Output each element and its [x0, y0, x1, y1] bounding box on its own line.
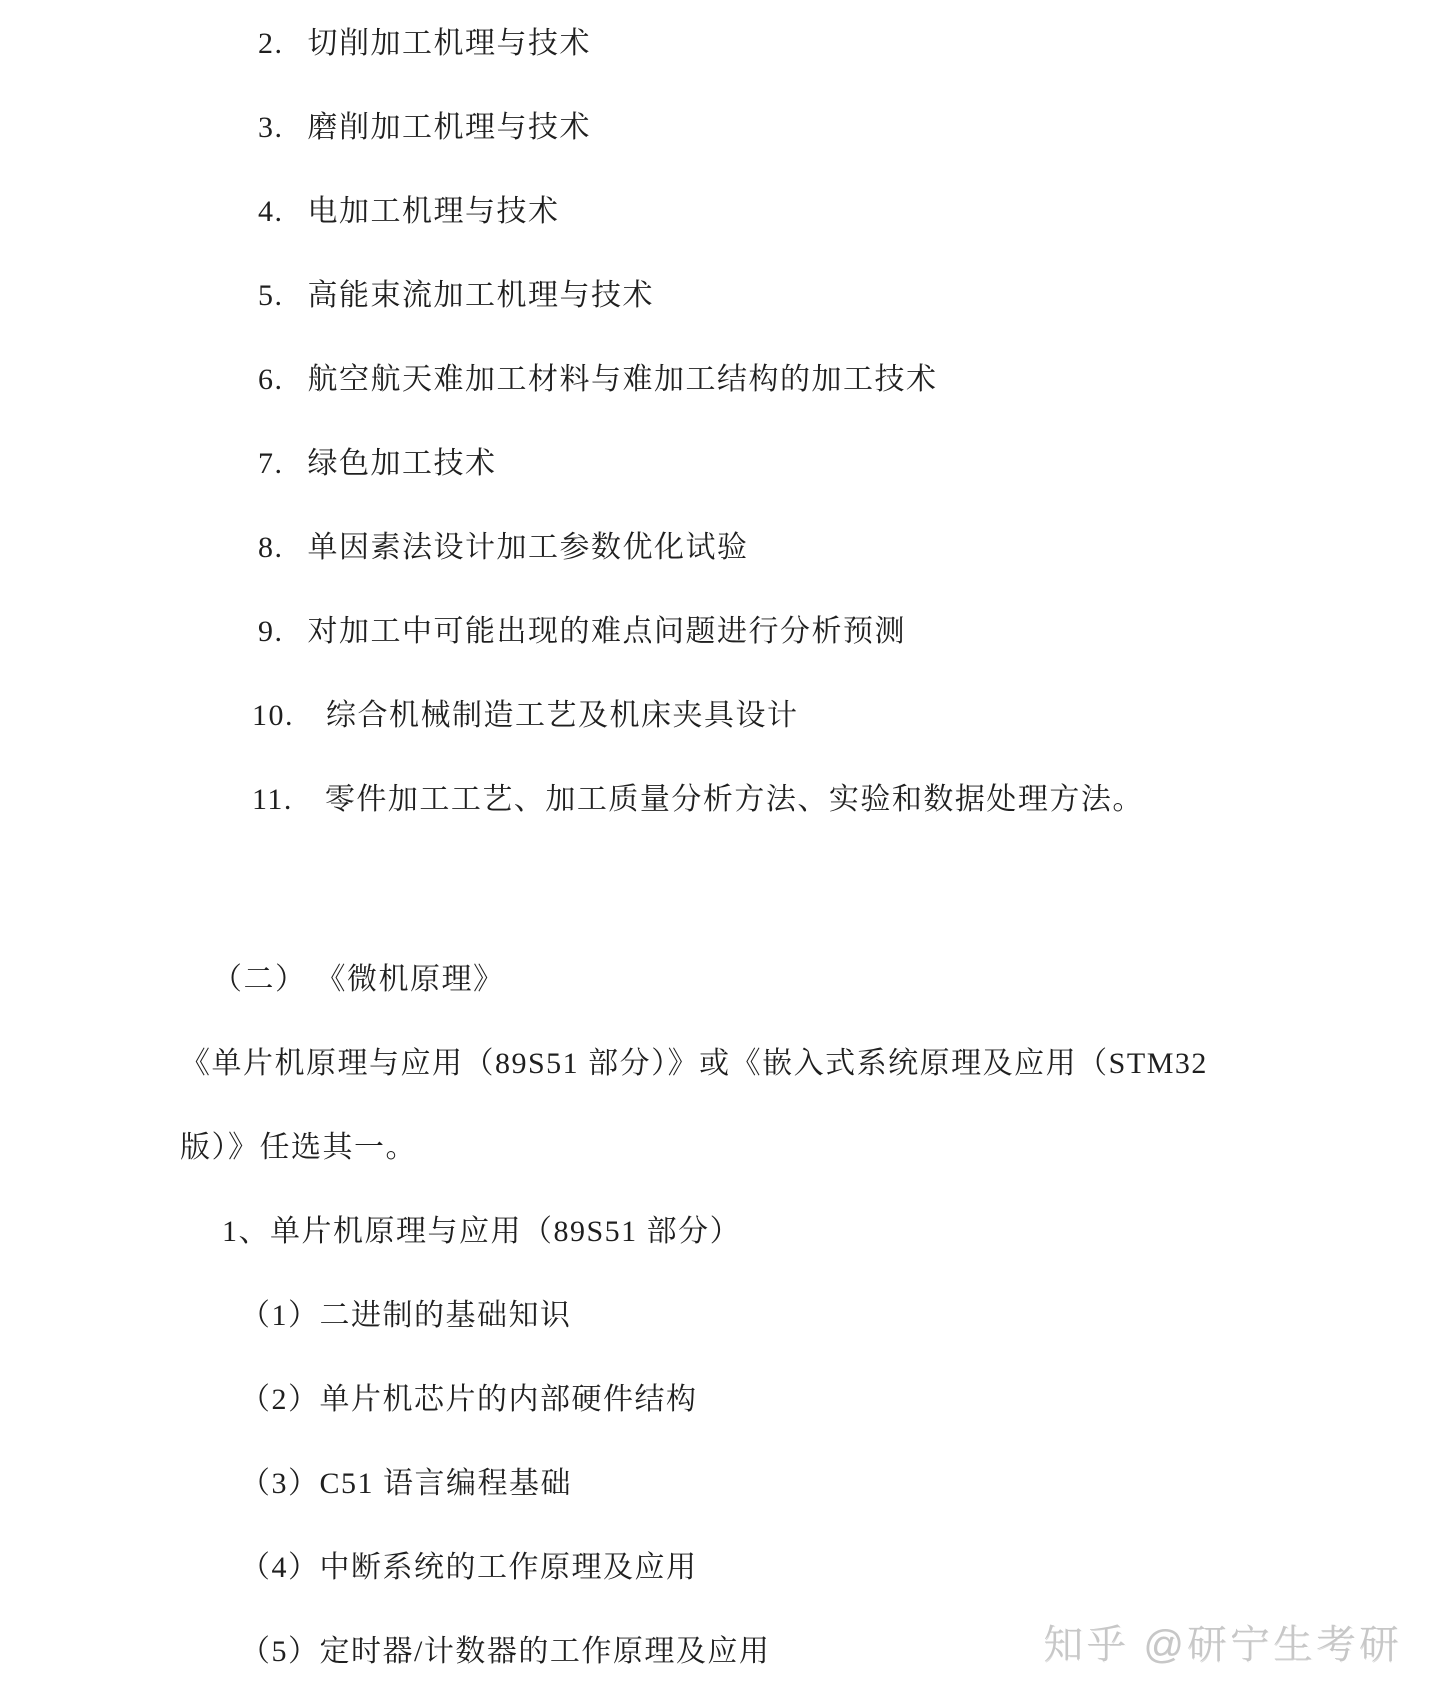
- item-number: 7.: [258, 449, 284, 479]
- text-line: 11.零件加工工艺、加工质量分析方法、实验和数据处理方法。: [0, 758, 1440, 842]
- line-text: 版）》任选其一。: [180, 1133, 417, 1163]
- text-line: （4）中断系统的工作原理及应用: [0, 1526, 1440, 1610]
- item-number: 2.: [258, 29, 284, 59]
- document-page: 2.切削加工机理与技术3.磨削加工机理与技术4.电加工机理与技术5.高能束流加工…: [0, 0, 1440, 1700]
- text-line: 6.航空航天难加工材料与难加工结构的加工技术: [0, 338, 1440, 422]
- text-line: 版）》任选其一。: [0, 1106, 1440, 1190]
- text-line: 9.对加工中可能出现的难点问题进行分析预测: [0, 590, 1440, 674]
- item-number: 8.: [258, 533, 284, 563]
- line-text: 对加工中可能出现的难点问题进行分析预测: [308, 617, 907, 647]
- line-text: （3）C51 语言编程基础: [240, 1469, 572, 1499]
- blank-line: [0, 842, 1440, 938]
- line-text: 单因素法设计加工参数优化试验: [308, 533, 749, 563]
- item-number: 5.: [258, 281, 284, 311]
- line-text: 切削加工机理与技术: [308, 29, 592, 59]
- item-number: 9.: [258, 617, 284, 647]
- text-line: 7.绿色加工技术: [0, 422, 1440, 506]
- line-text: （5）定时器/计数器的工作原理及应用: [240, 1637, 770, 1667]
- line-text: 综合机械制造工艺及机床夹具设计: [326, 701, 799, 731]
- line-text: 零件加工工艺、加工质量分析方法、实验和数据处理方法。: [325, 785, 1144, 815]
- line-text: 1、单片机原理与应用（89S51 部分）: [222, 1217, 741, 1247]
- item-number: 6.: [258, 365, 284, 395]
- text-line: 10.综合机械制造工艺及机床夹具设计: [0, 674, 1440, 758]
- text-line: （3）C51 语言编程基础: [0, 1442, 1440, 1526]
- text-line: 4.电加工机理与技术: [0, 170, 1440, 254]
- line-text: 绿色加工技术: [308, 449, 497, 479]
- line-text: （二） 《微机原理》: [212, 965, 505, 995]
- item-number: 10.: [252, 701, 294, 731]
- line-text: （2）单片机芯片的内部硬件结构: [240, 1385, 698, 1415]
- line-text: 高能束流加工机理与技术: [308, 281, 655, 311]
- line-text: 《单片机原理与应用（89S51 部分）》或《嵌入式系统原理及应用（STM32: [180, 1049, 1208, 1079]
- item-number: 3.: [258, 113, 284, 143]
- item-number: 4.: [258, 197, 284, 227]
- line-text: 电加工机理与技术: [308, 197, 560, 227]
- text-line: 2.切削加工机理与技术: [0, 2, 1440, 86]
- line-text: （4）中断系统的工作原理及应用: [240, 1553, 698, 1583]
- line-text: （1）二进制的基础知识: [240, 1301, 572, 1331]
- item-number: 11.: [252, 785, 293, 815]
- text-line: 1、单片机原理与应用（89S51 部分）: [0, 1190, 1440, 1274]
- line-text: 航空航天难加工材料与难加工结构的加工技术: [308, 365, 938, 395]
- text-line: 5.高能束流加工机理与技术: [0, 254, 1440, 338]
- zhihu-watermark: 知乎 @研宁生考研: [1043, 1613, 1402, 1670]
- line-text: 磨削加工机理与技术: [308, 113, 592, 143]
- text-lines-container: 2.切削加工机理与技术3.磨削加工机理与技术4.电加工机理与技术5.高能束流加工…: [0, 2, 1440, 1694]
- text-line: 《单片机原理与应用（89S51 部分）》或《嵌入式系统原理及应用（STM32: [0, 1022, 1440, 1106]
- text-line: （1）二进制的基础知识: [0, 1274, 1440, 1358]
- text-line: 3.磨削加工机理与技术: [0, 86, 1440, 170]
- text-line: （2）单片机芯片的内部硬件结构: [0, 1358, 1440, 1442]
- text-line: 8.单因素法设计加工参数优化试验: [0, 506, 1440, 590]
- text-line: （二） 《微机原理》: [0, 938, 1440, 1022]
